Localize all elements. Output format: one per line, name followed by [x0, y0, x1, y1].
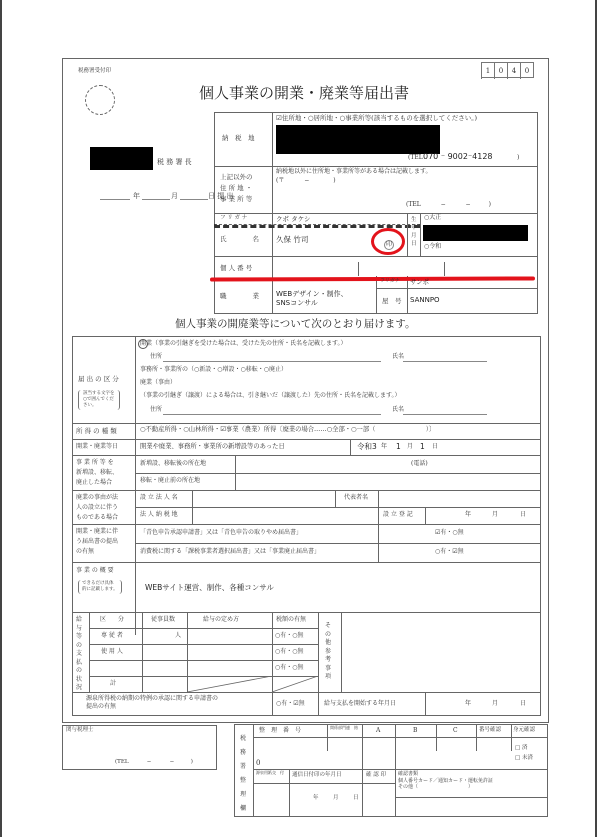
- open-date-month[interactable]: 1: [396, 443, 401, 451]
- receipt-stamp-label: 税務署受付印: [78, 69, 111, 75]
- withholding-choice[interactable]: ○有・☑無: [276, 701, 305, 707]
- nozeichi-options[interactable]: ☑住所地・○居所地・○事業所等(該当するものを選択してください。): [276, 115, 477, 122]
- occupation-value[interactable]: WEBデザイン・制作、SNSコンサル: [276, 290, 348, 308]
- furigana-value[interactable]: クボ タケシ: [276, 216, 310, 223]
- receipt-stamp-circle: [85, 85, 115, 115]
- tax-office-suffix: 税 務 署 長: [157, 159, 192, 166]
- page-title: 個人事業の開業・廃業等届出書: [199, 86, 409, 101]
- diagonal-strike: [187, 676, 318, 692]
- section-heading: 個人事業の開廃業等について次のとおり届けます。: [175, 319, 415, 330]
- income-type-options[interactable]: ○不動産所得・○山林所得・☑事業（農業）所得〔廃業の場合……○全部・○一部（ ）…: [140, 427, 435, 433]
- kaigyo-option[interactable]: 開業（事業の引継ぎを受けた場合は、受けた先の住所・氏名を記載します。）: [140, 341, 347, 347]
- business-summary-value[interactable]: WEBサイト運営、制作、各種コンサル: [145, 584, 274, 592]
- consumption-tax-choice[interactable]: ○有・☑無: [435, 549, 464, 555]
- redacted-address: [276, 125, 440, 154]
- redacted-tax-office: [90, 147, 153, 170]
- postal-code-field[interactable]: (〒 − ): [276, 178, 336, 184]
- name-value[interactable]: 久保 竹司: [276, 236, 308, 244]
- my-number-field[interactable]: [272, 256, 538, 276]
- open-date-day[interactable]: 1: [420, 443, 425, 451]
- todoke-kubun-label: 届 出 の 区 分: [78, 376, 119, 383]
- other-tel-field[interactable]: (TEL − − ): [406, 202, 491, 208]
- yago-value[interactable]: SANNPO: [410, 297, 440, 304]
- nozeichi-label: 納 税 地: [222, 135, 255, 142]
- redacted-birthdate: [423, 225, 528, 241]
- tel-value[interactable]: 070 ⁻ 9002⁻4128: [423, 153, 493, 161]
- open-date-era[interactable]: 令和3: [357, 443, 377, 451]
- red-annotation-circle: [371, 228, 405, 255]
- other-address-label: 上記以外の住 所 地 ・事 業 所 等: [220, 172, 270, 205]
- blue-return-choice[interactable]: ☑有・○無: [435, 530, 464, 536]
